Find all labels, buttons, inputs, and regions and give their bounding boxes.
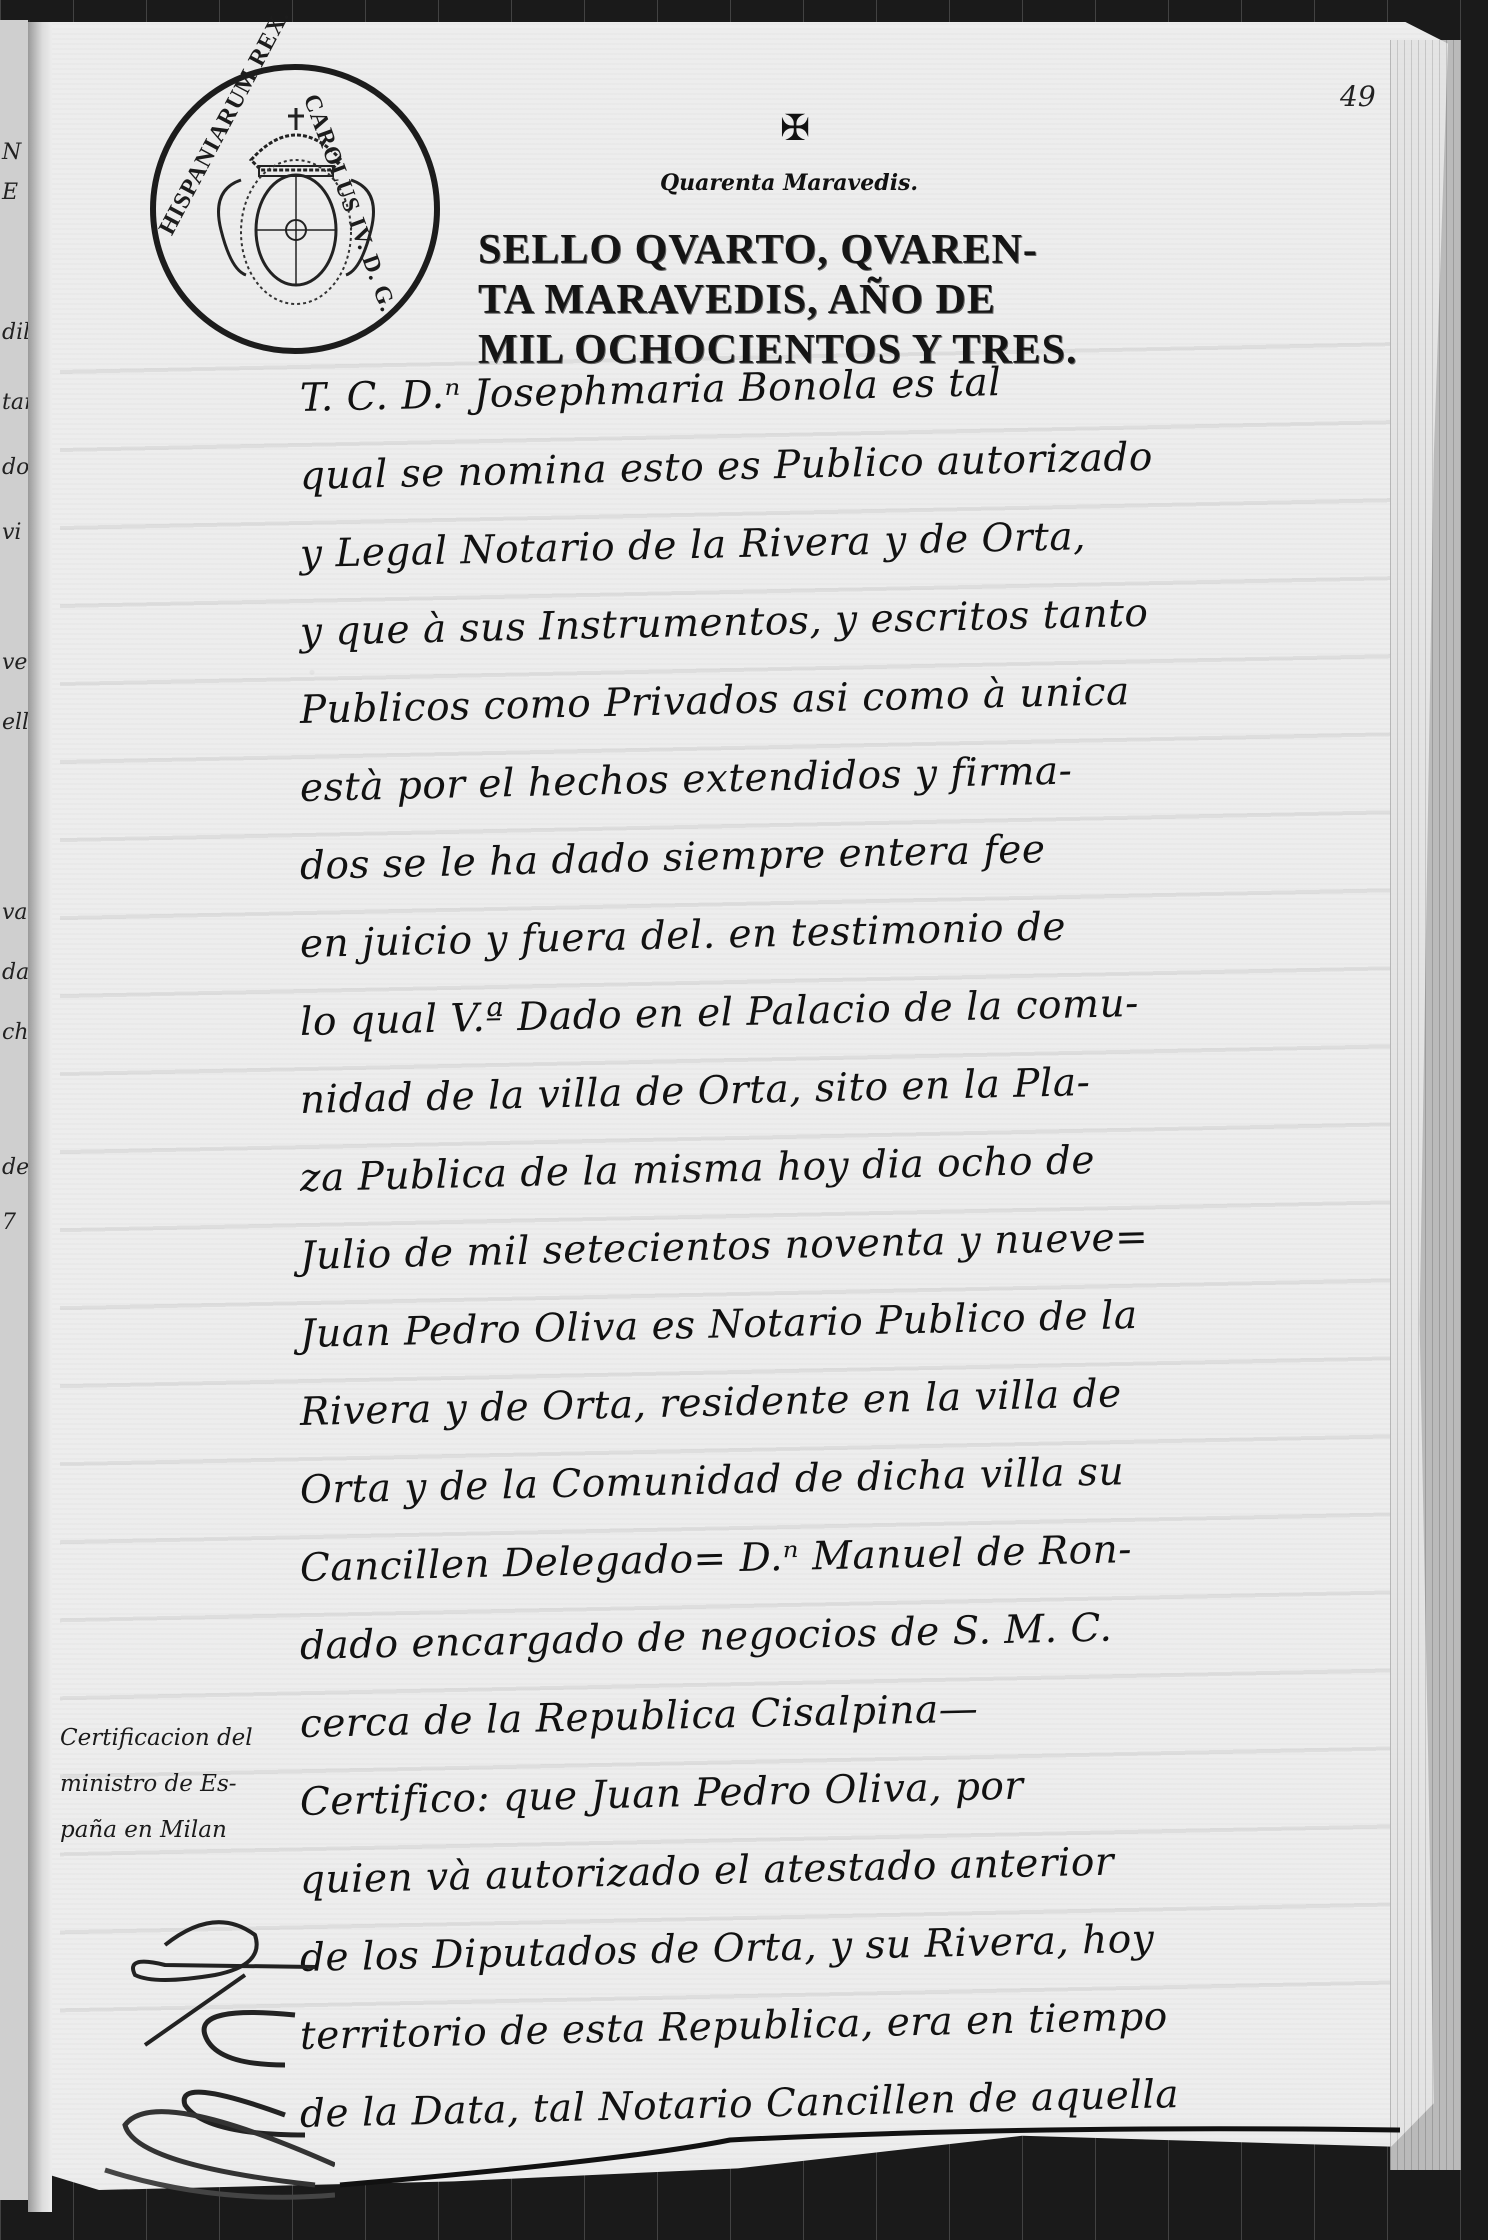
facing-page-fragment: E xyxy=(2,180,18,205)
margin-annotation-line: Certificacion del xyxy=(60,1715,300,1761)
facing-page-fragment: ell xyxy=(2,710,29,735)
facing-page-fragment: N xyxy=(2,140,21,165)
notarial-rubric-signature-icon xyxy=(95,1905,335,2215)
facing-page-fragment: tan xyxy=(2,390,30,415)
royal-stamp-seal: HISPANIARUM REX. CAROLUS IV. D. G. xyxy=(150,64,440,354)
facing-page-fragment: dilo xyxy=(2,320,30,345)
facing-page-fragment: ve xyxy=(2,650,27,675)
stamp-title-line: TA MARAVEDIS, AÑO DE xyxy=(478,275,1178,325)
facing-page-fragment: de xyxy=(2,1155,29,1180)
facing-page-fragment: va xyxy=(2,900,28,925)
book-gutter xyxy=(28,22,52,2212)
cross-pattee-icon: ✠ xyxy=(780,108,810,149)
facing-page-fragment: vi xyxy=(2,520,21,545)
facing-page-fragment: cho xyxy=(2,1020,30,1045)
facing-page-fragment: do xyxy=(2,455,29,480)
facing-page-fragment: dad xyxy=(2,960,30,985)
margin-annotation: Certificacion del ministro de Es- paña e… xyxy=(60,1715,300,1853)
folio-number: 49 xyxy=(1340,80,1376,113)
margin-annotation-line: paña en Milan xyxy=(60,1807,300,1853)
stamp-title-line: SELLO QVARTO, QVAREN- xyxy=(478,225,1178,275)
margin-annotation-line: ministro de Es- xyxy=(60,1761,300,1807)
facing-page-fragment: 7 xyxy=(2,1210,16,1235)
manuscript-body: T. C. D.ⁿ Josephmaria Bonola es tal qual… xyxy=(300,360,1380,2154)
stacked-page-edges xyxy=(1390,40,1461,2170)
coat-of-arms-icon xyxy=(211,100,381,310)
stamp-denomination: Quarenta Maravedis. xyxy=(660,170,918,196)
facing-page-edge: N E dilo tan do vi ve ell va dad cho de … xyxy=(0,20,30,2200)
closing-flourish-line xyxy=(330,2120,1430,2200)
